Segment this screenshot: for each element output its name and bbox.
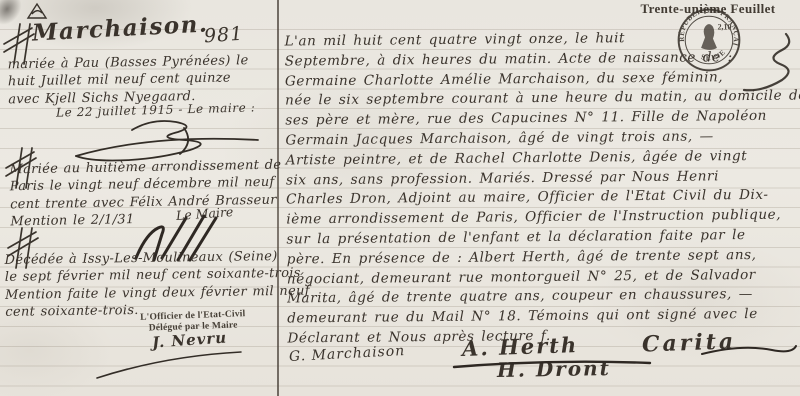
carita-signature-swash [700, 340, 798, 364]
delegate-signature-swash [95, 348, 245, 386]
civil-registry-page: Trente-unième Feuillet RÉPUBLIQUE FRANÇA… [0, 0, 800, 396]
act-number: 981 [203, 23, 244, 48]
birth-act-body: L'an mil huit cent quatre vingt onze, le… [284, 29, 799, 351]
witness-signature-underline [452, 356, 652, 375]
margin-divider-rule [277, 0, 279, 396]
margin-surname: Marchaison. [31, 10, 209, 46]
